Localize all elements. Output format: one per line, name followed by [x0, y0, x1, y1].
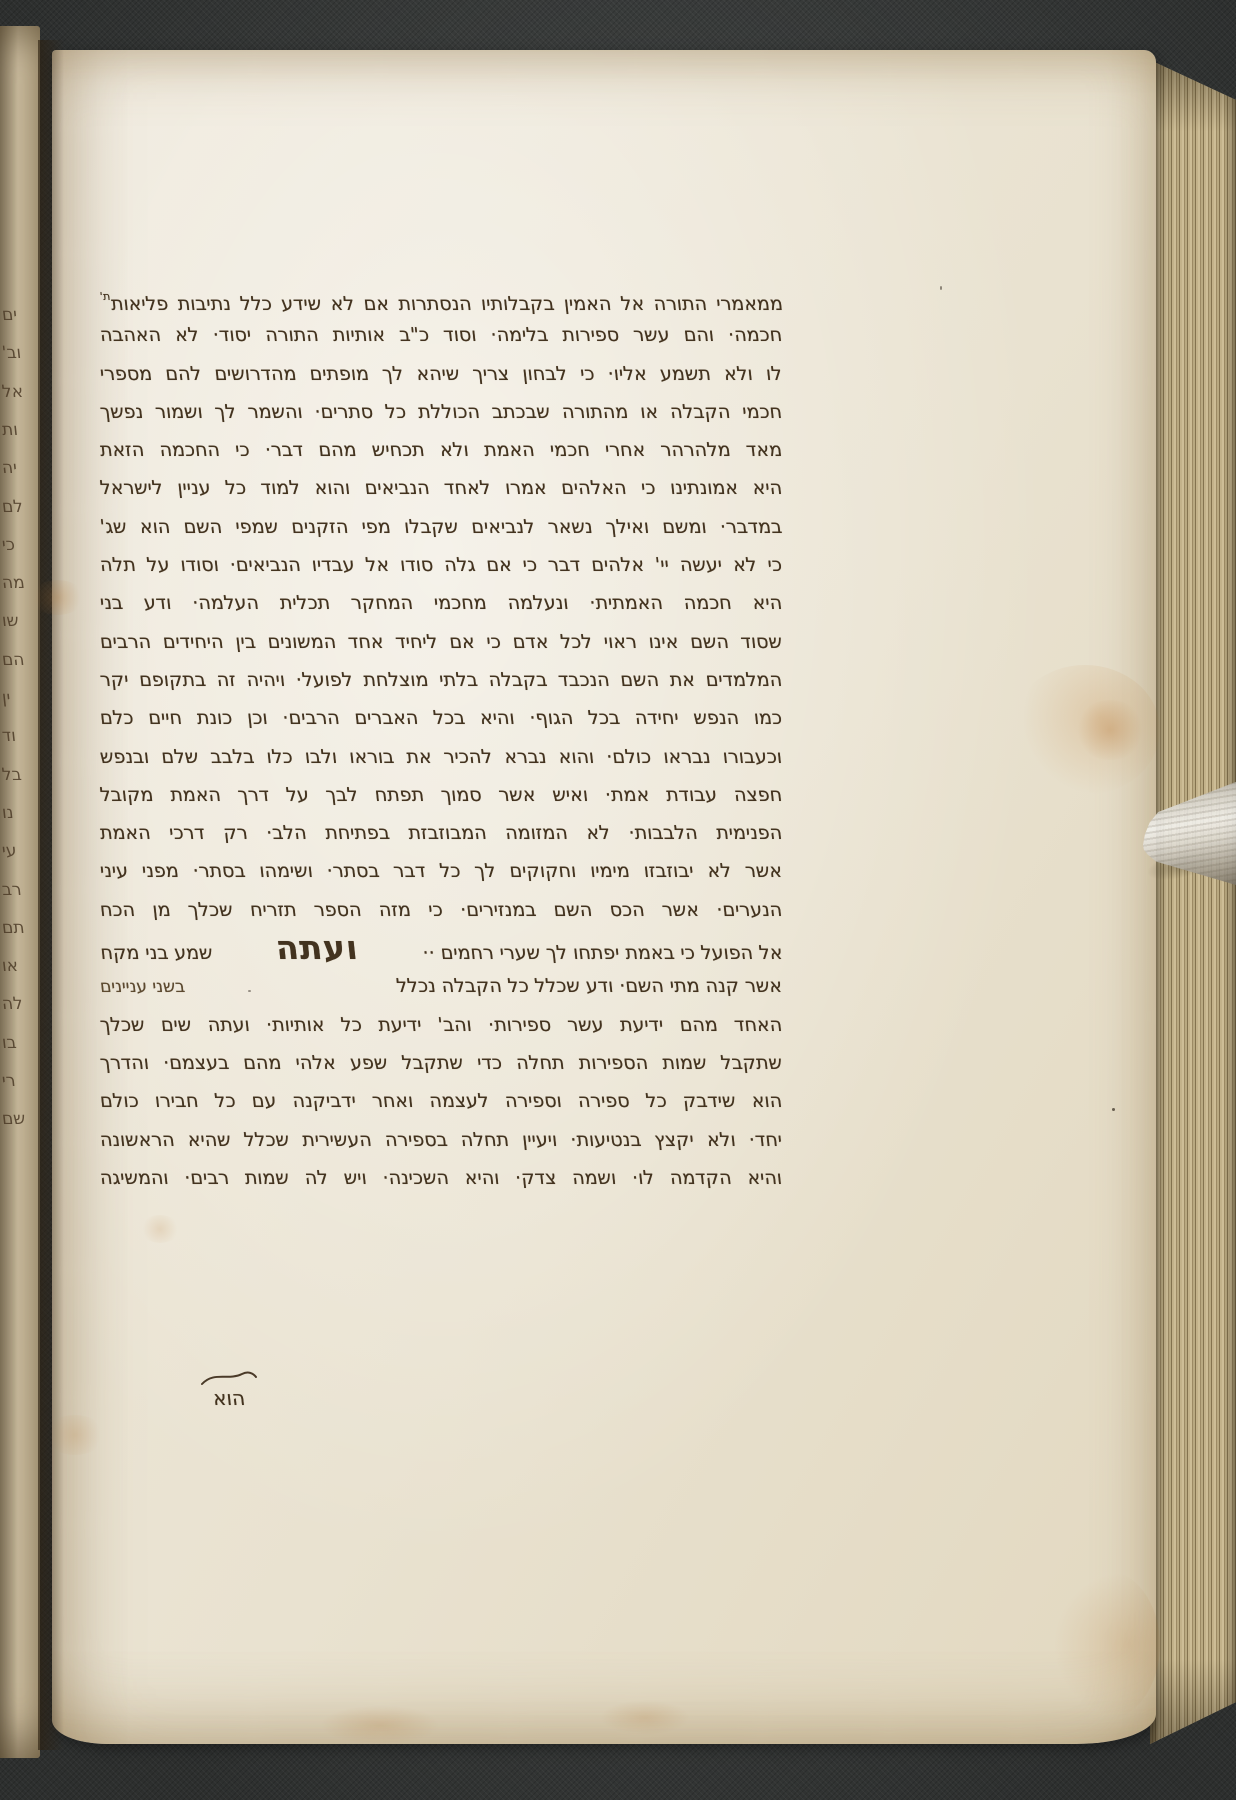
- verso-text-fragment: וב': [0, 334, 40, 372]
- verso-text-fragment: או: [0, 947, 40, 985]
- verso-text-fragment: שם: [0, 1100, 40, 1138]
- manuscript-line: הפנימית הלבבות· לא המזומה המבוזבזת בפתיח…: [98, 814, 784, 852]
- verso-text-fragment: כי: [0, 526, 40, 564]
- manuscript-line: חפצה עבודת אמת· ואיש אשר סמוך תפתח לבך ע…: [98, 776, 784, 814]
- manuscript-line: מאד מלהרהר אחרי חכמי האמת ולא תכחיש מהם …: [98, 431, 784, 469]
- verso-text-fragment: עי: [0, 832, 40, 870]
- manuscript-line: במדבר· ומשם ואילך נשאר לנביאים שקבלו מפי…: [98, 508, 784, 546]
- manuscript-text-block: ממאמרי התורה אל האמין בקבלותיו הנסתרות א…: [100, 278, 782, 1197]
- manuscript-line: לו ולא תשמע אליו· כי לבחון צריך שיהא לך …: [98, 355, 784, 393]
- manuscript-line: שתקבל שמות הספירות תחלה כדי שתקבל שפע אל…: [98, 1044, 784, 1082]
- manuscript-line: היא חכמה האמתית· ונעלמה מחכמי המחקר תכלי…: [98, 584, 784, 622]
- manuscript-line: כמו הנפש יחידה בכל הגוף· והיא בכל האברים…: [98, 699, 784, 737]
- catchword-text: הוא: [182, 1387, 276, 1409]
- verso-text-fragment: ים: [0, 296, 40, 334]
- verso-text-fragment: וד: [0, 717, 40, 755]
- superscript-correction: ת': [99, 290, 111, 303]
- verso-text-fragment: תם: [0, 909, 40, 947]
- manuscript-line: הוא שידבק כל ספירה וספירה לעצמה ואחר ידב…: [98, 1082, 784, 1120]
- manuscript-line: והיא הקדמה לו· ושמה צדק· והיא השכינה· וי…: [98, 1159, 784, 1197]
- verso-text-fragment: אל: [0, 373, 40, 411]
- manuscript-line: וכעבורו נבראו כולם· והוא נברא להכיר את ב…: [98, 738, 784, 776]
- gutter-shadow: [38, 40, 64, 1750]
- verso-text-fragment: יה: [0, 449, 40, 487]
- manuscript-line: יחד· ולא יקצץ בנטיעות· ויעיין תחלה בספיר…: [98, 1121, 784, 1159]
- manuscript-line: כי לא יעשה יי' אלהים דבר כי אם גלה סודו …: [98, 546, 784, 584]
- verso-text-fragment: ין: [0, 679, 40, 717]
- manuscript-line: חכמי הקבלה או מהתורה שבכתב הכוללת כל סתר…: [98, 393, 784, 431]
- manuscript-line: האחד מהם ידיעת עשר ספירות· והב' ידיעת כל…: [98, 1006, 784, 1044]
- verso-text-fragment: לם: [0, 488, 40, 526]
- emphasized-word: ועתה: [262, 929, 373, 967]
- verso-text-fragment: ות: [0, 411, 40, 449]
- manuscript-line: חכמה· והם עשר ספירות בלימה· וסוד כ"ב אות…: [98, 316, 784, 354]
- verso-text-fragment: מה: [0, 564, 40, 602]
- manuscript-line: שסוד השם אינו ראוי לכל אדם כי אם ליחיד א…: [98, 623, 784, 661]
- verso-text-fragment: לה: [0, 985, 40, 1023]
- verso-text-fragment: בל: [0, 756, 40, 794]
- manuscript-line: היא אמונתינו כי האלהים אמרו לאחד הנביאים…: [98, 469, 784, 507]
- manuscript-line: אל הפועל כי באמת יפתחו לך שערי רחמים ··ו…: [98, 929, 784, 967]
- manuscript-line: המלמדים את השם הנכבד בקבלה בלתי מוצלחת ל…: [98, 661, 784, 699]
- manuscript-line: אשר קנה מתי השם· ודע שכלל כל הקבלה נכללב…: [98, 967, 784, 1005]
- verso-text-fragment: רב: [0, 871, 40, 909]
- manuscript-line: הנערים· אשר הכס השם במנזירים· כי מזה הספ…: [98, 891, 784, 929]
- verso-text-fragment: בו: [0, 1024, 40, 1062]
- verso-text-fragment: שו: [0, 602, 40, 640]
- manuscript-photo: יםוב'אלותיהלםכימהשוהםיןודבלנועירבתםאולהב…: [0, 0, 1236, 1800]
- manuscript-line: אשר לא יבוזבזו מימיו וחקוקים לך כל דבר ב…: [98, 852, 784, 890]
- fore-edge-page-stack: [1150, 46, 1236, 1762]
- verso-text-fragment: הם: [0, 641, 40, 679]
- verso-text-fragment: נו: [0, 794, 40, 832]
- catchword: הוא: [183, 1369, 275, 1409]
- verso-text-fragment: רי: [0, 1062, 40, 1100]
- manuscript-line: ממאמרי התורה אל האמין בקבלותיו הנסתרות א…: [98, 278, 784, 316]
- catchword-flourish-icon: [198, 1369, 260, 1387]
- facing-page-edge: יםוב'אלותיהלםכימהשוהםיןודבלנועירבתםאולהב…: [0, 26, 40, 1758]
